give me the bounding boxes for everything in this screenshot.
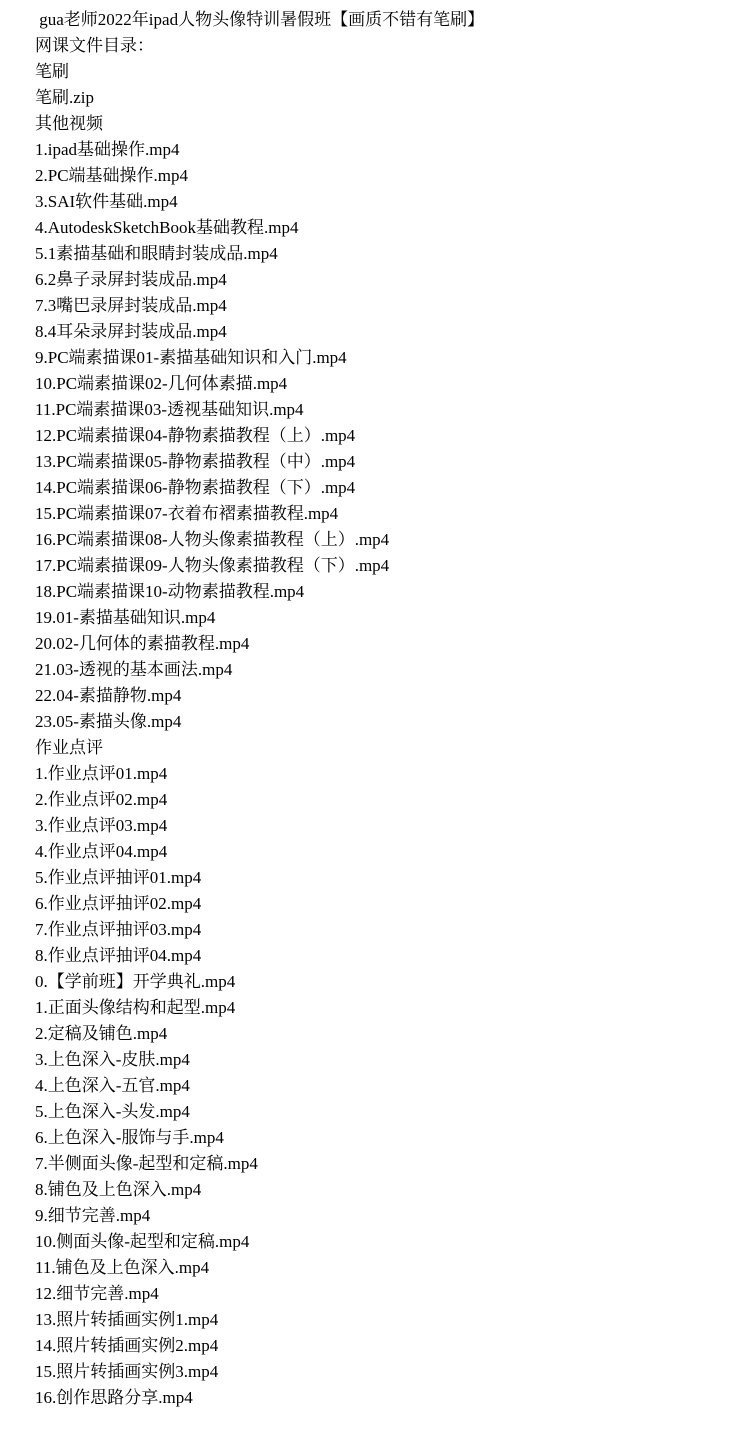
file-name-line: 2.作业点评02.mp4 — [35, 787, 730, 813]
file-name-line: 21.03-透视的基本画法.mp4 — [35, 657, 730, 683]
file-name-line: 11.铺色及上色深入.mp4 — [35, 1255, 730, 1281]
file-name-line: 6.上色深入-服饰与手.mp4 — [35, 1125, 730, 1151]
file-name-line: 16.PC端素描课08-人物头像素描教程（上）.mp4 — [35, 527, 730, 553]
file-name-line: 笔刷.zip — [35, 85, 730, 111]
file-name-line: 7.3嘴巴录屏封装成品.mp4 — [35, 293, 730, 319]
file-name-line: 2.定稿及铺色.mp4 — [35, 1021, 730, 1047]
folder-name-line: 作业点评 — [35, 735, 730, 761]
file-name-line: 1.正面头像结构和起型.mp4 — [35, 995, 730, 1021]
file-name-line: 16.创作思路分享.mp4 — [35, 1385, 730, 1411]
file-name-line: 23.05-素描头像.mp4 — [35, 709, 730, 735]
file-name-line: 5.上色深入-头发.mp4 — [35, 1099, 730, 1125]
file-name-line: 3.作业点评03.mp4 — [35, 813, 730, 839]
file-name-line: 3.上色深入-皮肤.mp4 — [35, 1047, 730, 1073]
file-name-line: 3.SAI软件基础.mp4 — [35, 189, 730, 215]
file-name-line: 22.04-素描静物.mp4 — [35, 683, 730, 709]
file-name-line: 4.作业点评04.mp4 — [35, 839, 730, 865]
file-name-line: 12.PC端素描课04-静物素描教程（上）.mp4 — [35, 423, 730, 449]
file-name-line: 17.PC端素描课09-人物头像素描教程（下）.mp4 — [35, 553, 730, 579]
file-list: 笔刷笔刷.zip其他视频1.ipad基础操作.mp42.PC端基础操作.mp43… — [35, 59, 730, 1411]
file-name-line: 13.PC端素描课05-静物素描教程（中）.mp4 — [35, 449, 730, 475]
document-title: gua老师2022年ipad人物头像特训暑假班【画质不错有笔刷】 — [35, 7, 730, 33]
file-name-line: 5.作业点评抽评01.mp4 — [35, 865, 730, 891]
file-name-line: 12.细节完善.mp4 — [35, 1281, 730, 1307]
folder-name-line: 其他视频 — [35, 111, 730, 137]
file-name-line: 1.ipad基础操作.mp4 — [35, 137, 730, 163]
file-name-line: 4.AutodeskSketchBook基础教程.mp4 — [35, 215, 730, 241]
file-name-line: 2.PC端基础操作.mp4 — [35, 163, 730, 189]
file-name-line: 14.照片转插画实例2.mp4 — [35, 1333, 730, 1359]
file-name-line: 6.作业点评抽评02.mp4 — [35, 891, 730, 917]
file-name-line: 6.2鼻子录屏封装成品.mp4 — [35, 267, 730, 293]
file-name-line: 10.侧面头像-起型和定稿.mp4 — [35, 1229, 730, 1255]
file-name-line: 7.半侧面头像-起型和定稿.mp4 — [35, 1151, 730, 1177]
file-name-line: 13.照片转插画实例1.mp4 — [35, 1307, 730, 1333]
file-name-line: 9.细节完善.mp4 — [35, 1203, 730, 1229]
file-name-line: 15.照片转插画实例3.mp4 — [35, 1359, 730, 1385]
file-name-line: 20.02-几何体的素描教程.mp4 — [35, 631, 730, 657]
file-name-line: 15.PC端素描课07-衣着布褶素描教程.mp4 — [35, 501, 730, 527]
file-name-line: 0.【学前班】开学典礼.mp4 — [35, 969, 730, 995]
file-name-line: 10.PC端素描课02-几何体素描.mp4 — [35, 371, 730, 397]
file-name-line: 19.01-素描基础知识.mp4 — [35, 605, 730, 631]
file-name-line: 11.PC端素描课03-透视基础知识.mp4 — [35, 397, 730, 423]
file-name-line: 8.铺色及上色深入.mp4 — [35, 1177, 730, 1203]
file-name-line: 8.4耳朵录屏封装成品.mp4 — [35, 319, 730, 345]
file-name-line: 18.PC端素描课10-动物素描教程.mp4 — [35, 579, 730, 605]
directory-label: 网课文件目录： — [35, 33, 730, 59]
course-file-directory-document: gua老师2022年ipad人物头像特训暑假班【画质不错有笔刷】 网课文件目录：… — [0, 0, 750, 1411]
file-name-line: 14.PC端素描课06-静物素描教程（下）.mp4 — [35, 475, 730, 501]
file-name-line: 9.PC端素描课01-素描基础知识和入门.mp4 — [35, 345, 730, 371]
file-name-line: 7.作业点评抽评03.mp4 — [35, 917, 730, 943]
file-name-line: 1.作业点评01.mp4 — [35, 761, 730, 787]
folder-name-line: 笔刷 — [35, 59, 730, 85]
file-name-line: 4.上色深入-五官.mp4 — [35, 1073, 730, 1099]
file-name-line: 8.作业点评抽评04.mp4 — [35, 943, 730, 969]
file-name-line: 5.1素描基础和眼睛封装成品.mp4 — [35, 241, 730, 267]
